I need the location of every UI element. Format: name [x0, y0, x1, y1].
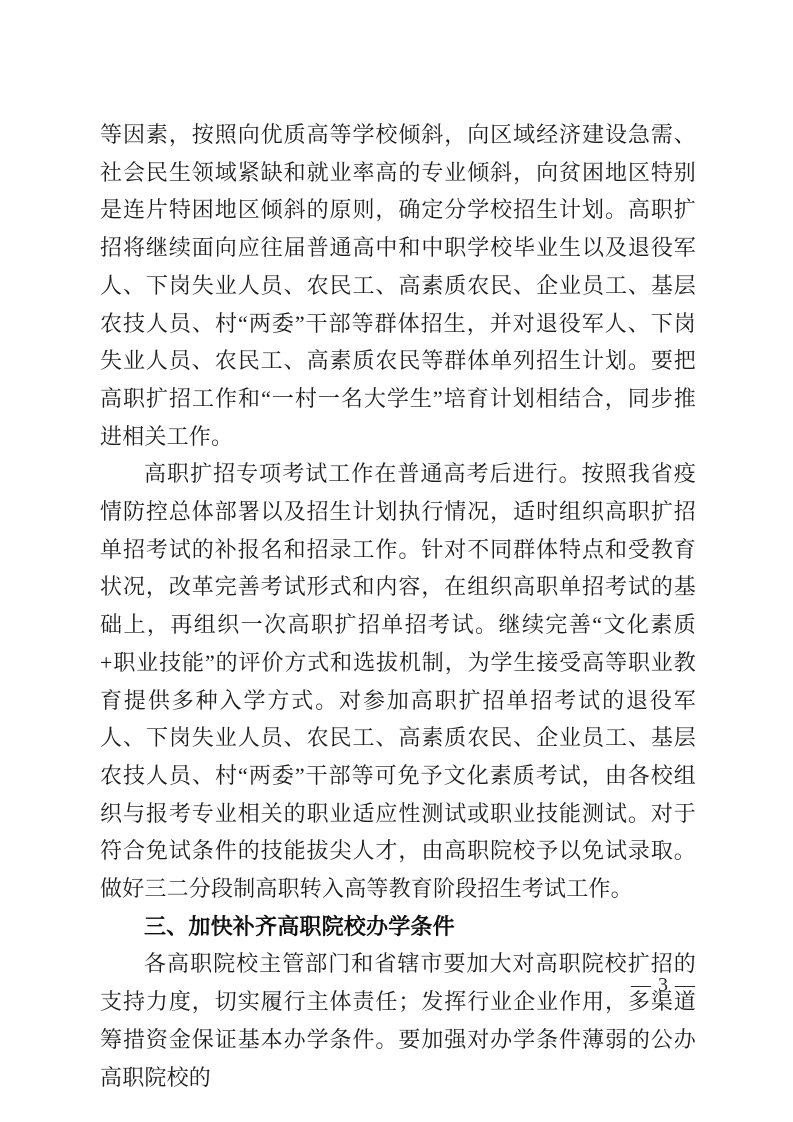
document-page: 等因素，按照向优质高等学校倾斜，向区域经济建设急需、社会民生领域紧缺和就业率高的…: [0, 0, 793, 1122]
page-number: — 3 —: [631, 974, 696, 997]
paragraph-school-conditions: 各高职院校主管部门和省辖市要加大对高职院校扩招的支持力度，切实履行主体责任；发挥…: [100, 945, 696, 1096]
section-heading-3: 三、加快补齐高职院校办学条件: [100, 908, 696, 946]
document-body: 等因素，按照向优质高等学校倾斜，向区域经济建设急需、社会民生领域紧缺和就业率高的…: [100, 116, 696, 1096]
paragraph-continuation: 等因素，按照向优质高等学校倾斜，向区域经济建设急需、社会民生领域紧缺和就业率高的…: [100, 116, 696, 455]
paragraph-exam-work: 高职扩招专项考试工作在普通高考后进行。按照我省疫情防控总体部署以及招生计划执行情…: [100, 455, 696, 907]
